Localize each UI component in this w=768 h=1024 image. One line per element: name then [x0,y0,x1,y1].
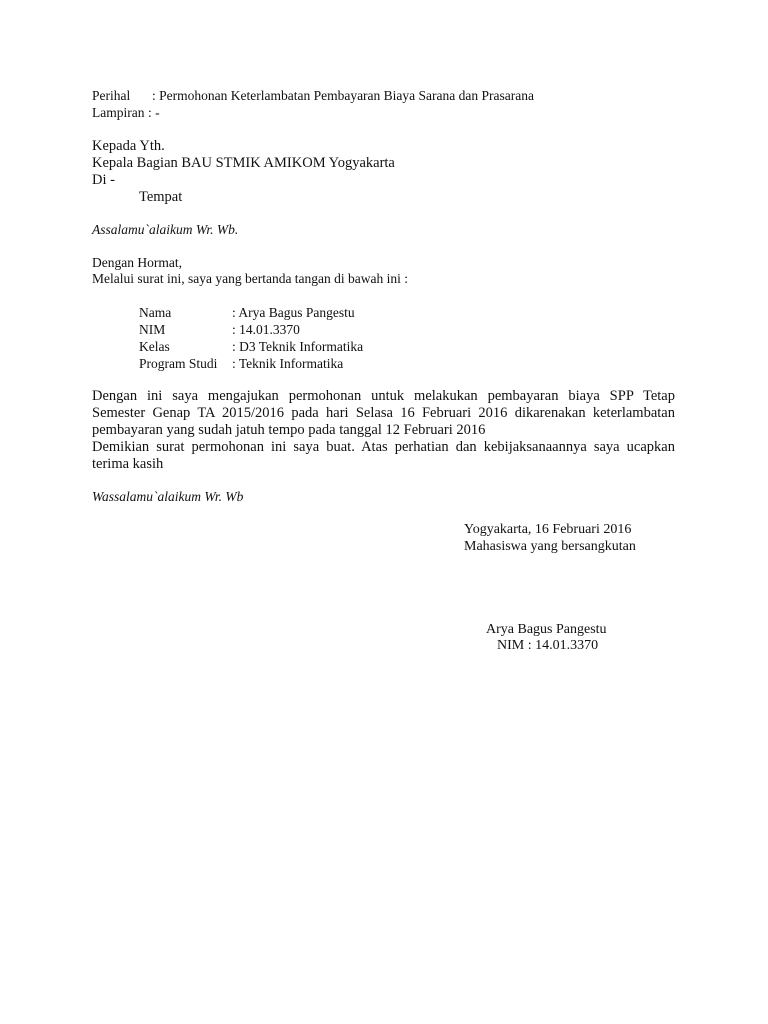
identity-label: Nama [139,304,232,321]
opening-line-1: Dengan Hormat, [92,254,182,271]
signature-role: Mahasiswa yang bersangkutan [464,538,636,555]
body-paragraph-2-line-1: Demikian surat permohonan ini saya buat.… [92,439,675,456]
identity-row-kelas: Kelas: D3 Teknik Informatika [139,338,363,355]
body-paragraph-2-line-2: terima kasih [92,456,675,473]
signature-place-date: Yogyakarta, 16 Februari 2016 [464,521,631,538]
perihal-line: Perihal: Permohonan Keterlambatan Pembay… [92,87,534,104]
lampiran-value: : - [148,105,160,120]
identity-label: Program Studi [139,355,232,372]
recipient-line-2: Kepala Bagian BAU STMIK AMIKOM Yogyakart… [92,155,395,172]
closing: Wassalamu`alaikum Wr. Wb [92,488,243,505]
identity-label: Kelas [139,338,232,355]
identity-value: : Arya Bagus Pangestu [232,305,355,320]
identity-row-program-studi: Program Studi: Teknik Informatika [139,355,343,372]
signature-nim: NIM : 14.01.3370 [497,637,598,654]
identity-value: : Teknik Informatika [232,356,343,371]
body-paragraph-1-line-2: Semester Genap TA 2015/2016 pada hari Se… [92,405,675,422]
recipient-line-3: Di - [92,172,115,189]
lampiran-label: Lampiran [92,104,148,121]
lampiran-line: Lampiran: - [92,104,160,121]
identity-label: NIM [139,321,232,338]
identity-value: : D3 Teknik Informatika [232,339,363,354]
opening-line-2: Melalui surat ini, saya yang bertanda ta… [92,270,408,287]
identity-row-nim: NIM: 14.01.3370 [139,321,300,338]
perihal-value: : Permohonan Keterlambatan Pembayaran Bi… [152,88,534,103]
body-paragraph-1-line-1: Dengan ini saya mengajukan permohonan un… [92,388,675,405]
signature-name: Arya Bagus Pangestu [486,621,607,638]
recipient-line-4: Tempat [139,189,182,206]
body-paragraph-1-line-3: pembayaran yang sudah jatuh tempo pada t… [92,422,675,439]
recipient-line-1: Kepada Yth. [92,138,165,155]
identity-value: : 14.01.3370 [232,322,300,337]
perihal-label: Perihal [92,87,152,104]
identity-row-nama: Nama: Arya Bagus Pangestu [139,304,355,321]
greeting: Assalamu`alaikum Wr. Wb. [92,221,238,238]
